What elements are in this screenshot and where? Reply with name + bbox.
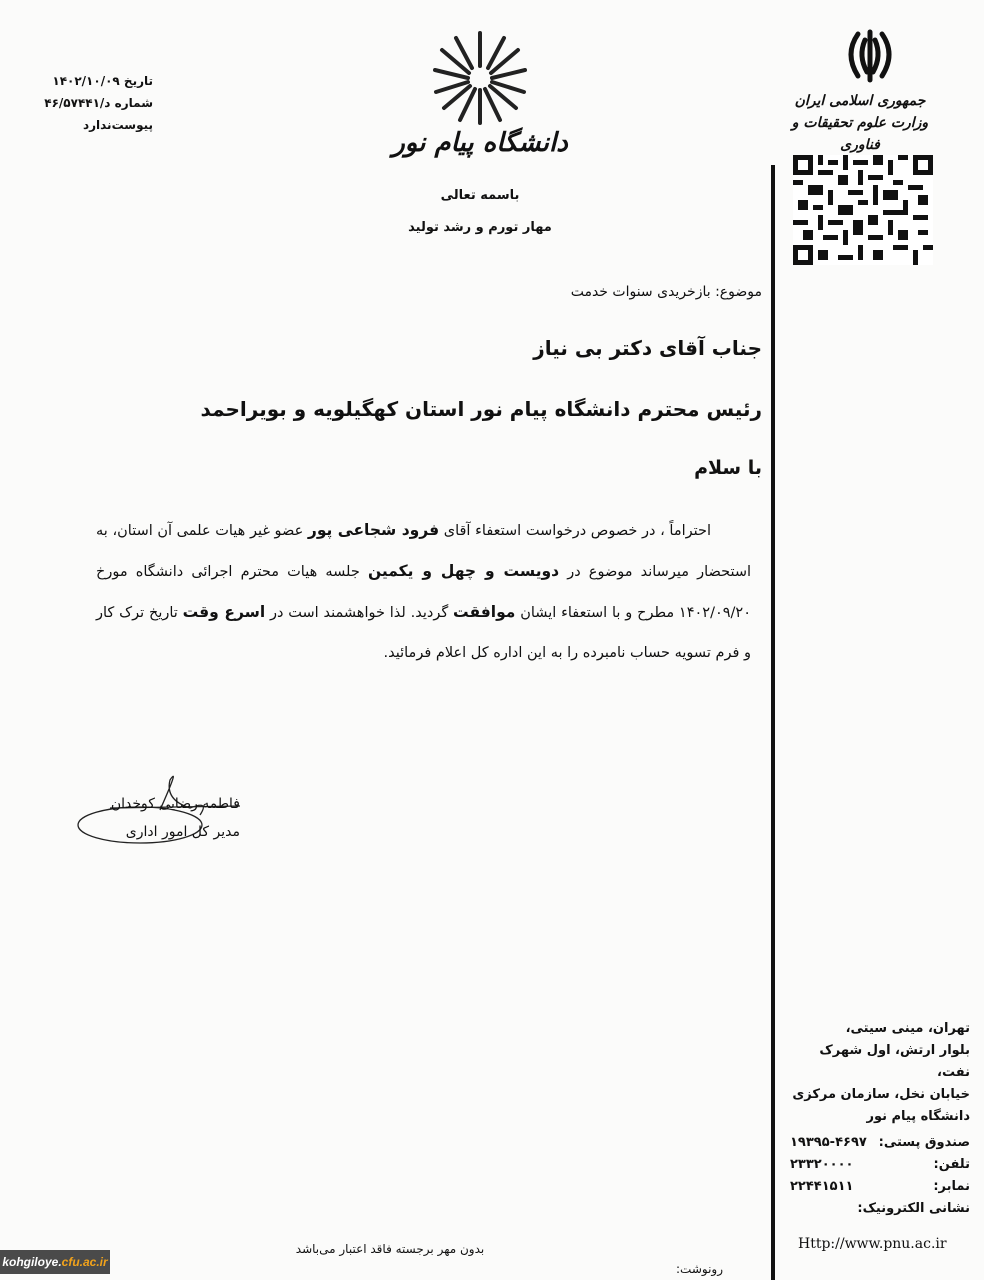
phone-row: تلفن: ۲۳۳۲۰۰۰۰ [790,1154,970,1176]
recipient-title: رئیس محترم دانشگاه پیام نور استان کهگیلو… [201,397,762,421]
date-label: تاریخ [124,70,153,92]
po-box-value: ۱۹۳۹۵-۴۶۹۷ [790,1132,867,1154]
slogan: مهار تورم و رشد تولید [380,220,580,235]
fax-row: نمابر: ۲۲۴۴۱۵۱۱ [790,1176,970,1198]
letter-recipient: جناب آقای دکتر بی نیاز [533,336,762,360]
fax-value: ۲۲۴۴۱۵۱۱ [790,1176,853,1198]
iran-emblem-icon [840,26,900,86]
validity-note: بدون مهر برجسته فاقد اعتبار می‌باشد [290,1242,490,1256]
number-row: شماره د/۴۶/۵۷۴۴۱ [8,92,153,114]
body-part-4: گردید. لذا خواهشمند است در [265,605,453,621]
address-line: بلوار ارتش، اول شهرک نفت، [790,1040,970,1084]
po-box-label: صندوق پستی: [879,1132,970,1154]
ministry-name: وزارت علوم تحقیقات و فناوری [790,112,930,156]
approval-word: موافقت [453,603,515,621]
website-link[interactable]: Http://www.pnu.ac.ir [798,1236,947,1252]
watermark-accent: cfu.ac.ir [62,1255,108,1269]
date-row: تاریخ ۱۴۰۲/۱۰/۰۹ [8,70,153,92]
cc-label: رونوشت: [676,1262,723,1276]
attachment-row: پیوست ندارد [8,114,153,136]
number-value: د/۴۶/۵۷۴۴۱ [44,92,110,114]
address-line: خیابان نخل، سازمان مرکزی [790,1084,970,1106]
body-part-1: احتراماً ، در خصوص درخواست استعفاء آقای [439,523,711,539]
email-row: نشانی الکترونیک: [790,1198,970,1220]
attachment-label: پیوست [112,114,153,136]
ministry-header: جمهوری اسلامی ایران وزارت علوم تحقیقات و… [790,90,930,156]
margin-divider [771,165,775,1280]
republic-name: جمهوری اسلامی ایران [790,90,930,112]
address-block: تهران، مینی سیتی، بلوار ارتش، اول شهرک ن… [790,1018,970,1128]
letter-greeting: با سلام [694,457,762,479]
address-line: تهران، مینی سیتی، [790,1018,970,1040]
number-label: شماره [115,92,153,114]
letter-body: احتراماً ، در خصوص درخواست استعفاء آقای … [96,510,751,673]
po-box-row: صندوق پستی: ۱۹۳۹۵-۴۶۹۷ [790,1132,970,1154]
employee-name: فرود شجاعی پور [308,521,439,539]
date-value: ۱۴۰۲/۱۰/۰۹ [52,70,119,92]
asap-phrase: اسرع وقت [183,603,266,621]
session-number: دویست و چهل و یکمین [368,562,559,580]
fax-label: نمابر: [933,1176,970,1198]
site-watermark: kohgiloye.cfu.ac.ir [0,1250,110,1274]
university-name: دانشگاه پیام نور [385,128,575,158]
contact-block: صندوق پستی: ۱۹۳۹۵-۴۶۹۷ تلفن: ۲۳۳۲۰۰۰۰ نم… [790,1132,970,1220]
pnu-sunburst-logo-icon [420,28,540,128]
qr-code-icon [793,155,933,265]
phone-label: تلفن: [934,1154,970,1176]
phone-value: ۲۳۳۲۰۰۰۰ [790,1154,853,1176]
email-label: نشانی الکترونیک: [857,1198,970,1220]
letter-subject: موضوع: بازخریدی سنوات خدمت [571,284,762,300]
watermark-domain: kohgiloye. [2,1255,61,1269]
address-line: دانشگاه پیام نور [790,1106,970,1128]
letter-meta: تاریخ ۱۴۰۲/۱۰/۰۹ شماره د/۴۶/۵۷۴۴۱ پیوست … [8,70,153,136]
signatory-title: مدیر کل امور اداری [80,818,240,846]
attachment-value: ندارد [83,114,112,136]
signature-block: فاطمه رضایی کوخدان مدیر کل امور اداری [80,790,240,846]
signatory-name: فاطمه رضایی کوخدان [80,790,240,818]
basmala: باسمه تعالی [400,188,560,203]
